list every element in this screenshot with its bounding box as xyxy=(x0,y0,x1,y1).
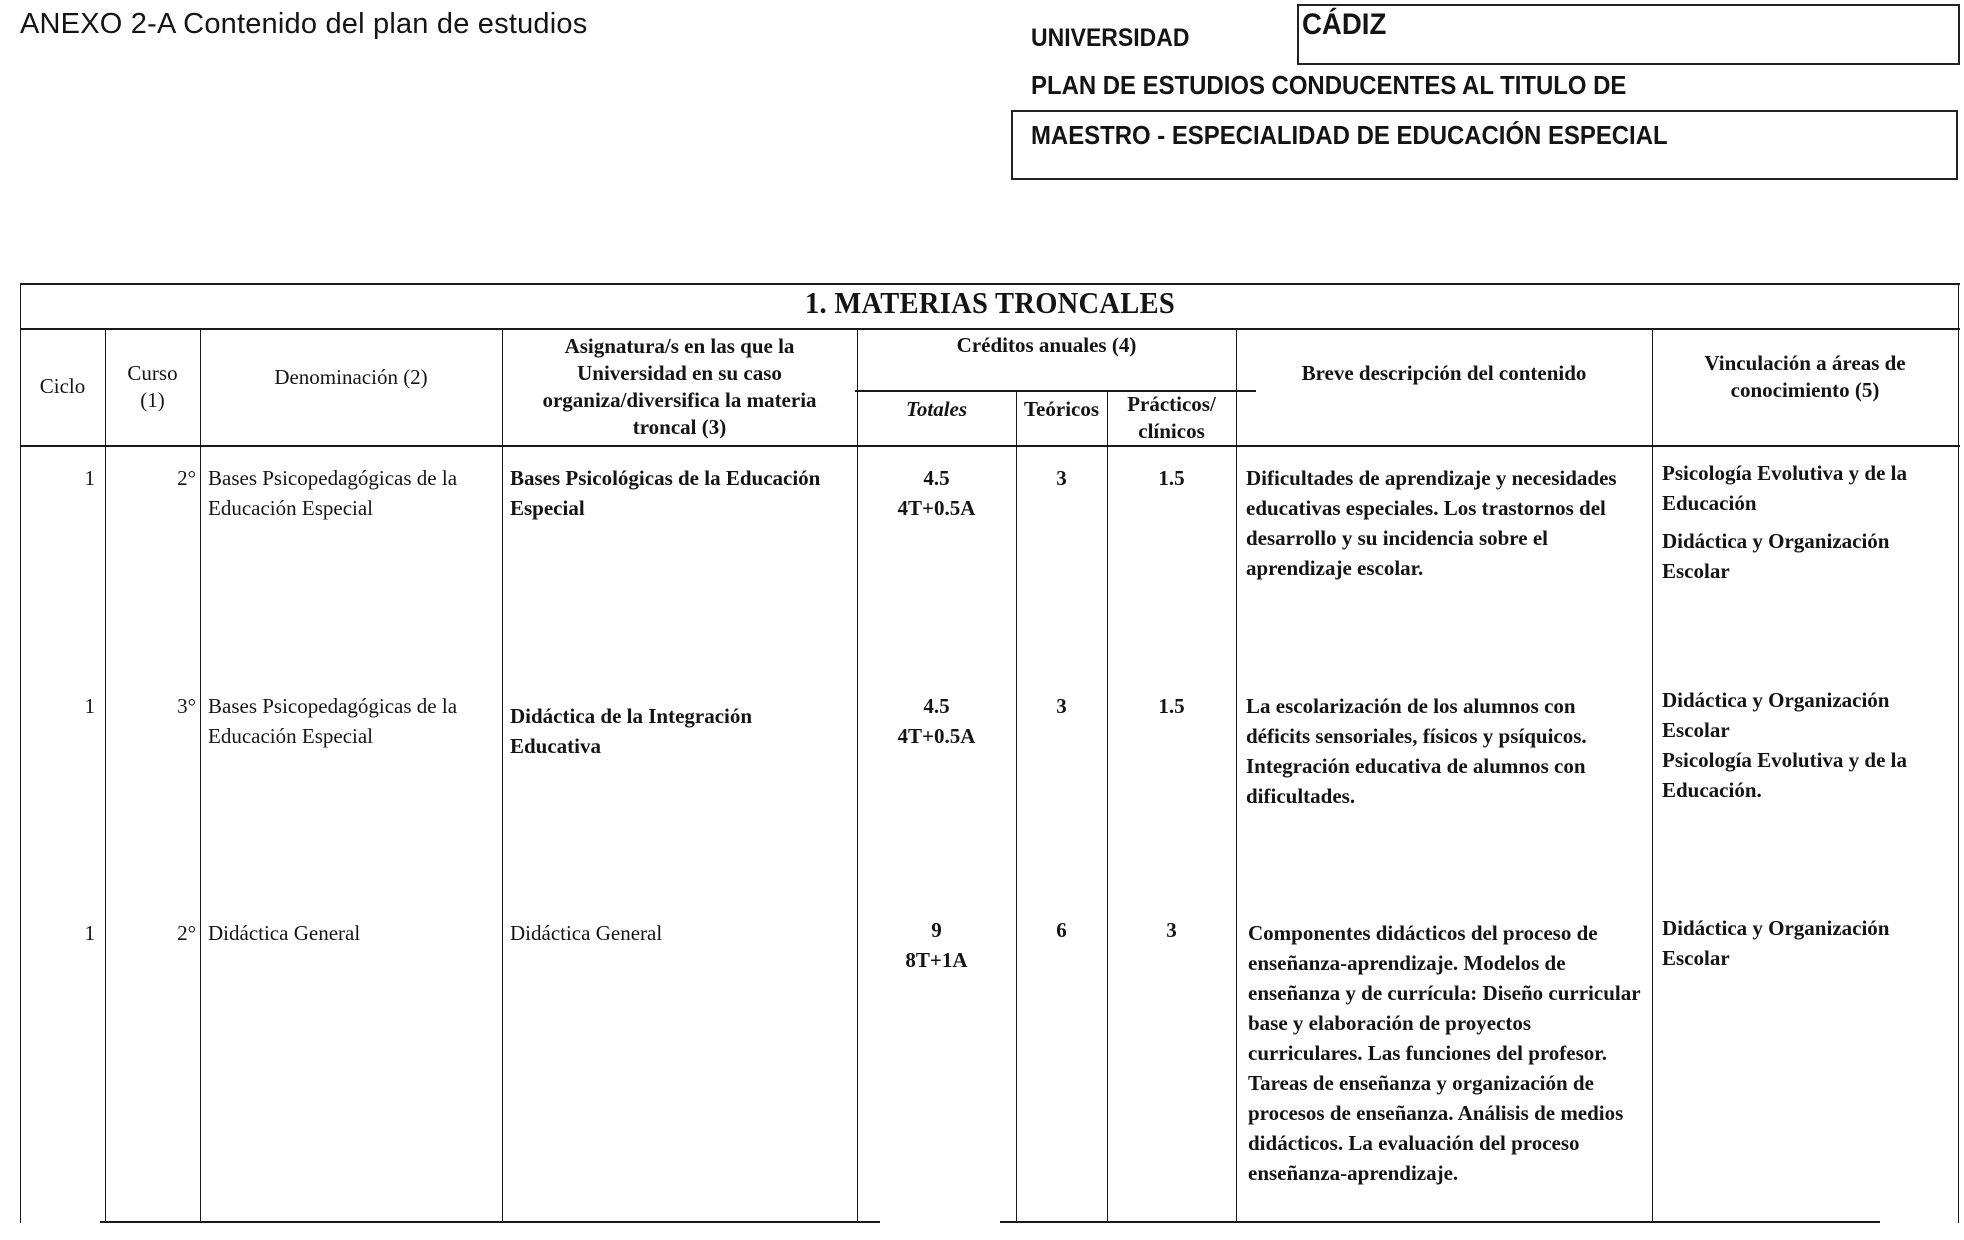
header-creditos: Créditos anuales (4) xyxy=(857,328,1236,368)
header-practicos: Prácticos/ clínicos xyxy=(1107,390,1236,445)
cell-curso: 2° xyxy=(105,918,200,948)
col-divider-totales xyxy=(1016,390,1017,1223)
cell-ciclo: 1 xyxy=(20,463,105,493)
totales-value: 9 xyxy=(857,915,1016,945)
plan-label: PLAN DE ESTUDIOS CONDUCENTES AL TITULO D… xyxy=(1031,70,1626,101)
cell-practicos: 3 xyxy=(1107,915,1236,945)
cell-totales: 4.5 4T+0.5A xyxy=(857,463,1016,523)
totales-detail: 8T+1A xyxy=(857,945,1016,975)
header-teoricos: Teóricos xyxy=(1016,390,1107,445)
area-item: Psicología Evolutiva y de la Educación. xyxy=(1662,745,1948,805)
col-divider-teoricos xyxy=(1107,390,1108,1223)
degree-field: MAESTRO - ESPECIALIDAD DE EDUCACIÓN ESPE… xyxy=(1011,110,1958,180)
cell-teoricos: 3 xyxy=(1016,691,1107,721)
university-label: UNIVERSIDAD xyxy=(1031,24,1189,53)
cell-denominacion: Didáctica General xyxy=(200,918,502,948)
header-vinculacion: Vinculación a áreas de conocimiento (5) xyxy=(1652,328,1958,445)
area-item: Didáctica y Organización Escolar xyxy=(1662,685,1948,745)
cell-descripcion: Componentes didácticos del proceso de en… xyxy=(1236,918,1652,1188)
cell-asignatura: Didáctica General xyxy=(502,918,857,948)
table-border-right xyxy=(1958,283,1959,1223)
cell-teoricos: 3 xyxy=(1016,463,1107,493)
totales-detail: 4T+0.5A xyxy=(857,721,1016,751)
header-asignatura: Asignatura/s en las que la Universidad e… xyxy=(502,328,857,445)
cell-ciclo: 1 xyxy=(20,691,105,721)
cell-ciclo: 1 xyxy=(20,918,105,948)
area-item: Didáctica y Organización Escolar xyxy=(1662,526,1948,586)
cell-descripcion: Dificultades de aprendizaje y necesidade… xyxy=(1236,463,1652,583)
cell-curso: 2° xyxy=(105,463,200,493)
cell-totales: 4.5 4T+0.5A xyxy=(857,691,1016,751)
totales-value: 4.5 xyxy=(857,691,1016,721)
header-bottom-line xyxy=(20,445,1960,447)
cell-denominacion: Bases Psicopedagógicas de la Educación E… xyxy=(200,691,502,751)
cell-asignatura: Didáctica de la Integración Educativa xyxy=(502,701,857,761)
university-value: CÁDIZ xyxy=(1302,8,1386,42)
table-bottom-line-left xyxy=(100,1221,880,1223)
table-bottom-line-right xyxy=(1000,1221,1880,1223)
cell-curso: 3° xyxy=(105,691,200,721)
cell-totales: 9 8T+1A xyxy=(857,915,1016,975)
header-denominacion: Denominación (2) xyxy=(200,328,502,445)
cell-vinculacion: Didáctica y Organización Escolar Psicolo… xyxy=(1652,685,1958,805)
cell-vinculacion: Didáctica y Organización Escolar xyxy=(1652,913,1958,973)
degree-value: MAESTRO - ESPECIALIDAD DE EDUCACIÓN ESPE… xyxy=(1031,120,1668,151)
cell-teoricos: 6 xyxy=(1016,915,1107,945)
section-title: 1. MATERIAS TRONCALES xyxy=(98,285,1883,321)
totales-detail: 4T+0.5A xyxy=(857,493,1016,523)
cell-practicos: 1.5 xyxy=(1107,691,1236,721)
cell-asignatura: Bases Psicológicas de la Educación Espec… xyxy=(502,463,857,523)
area-item: Didáctica y Organización Escolar xyxy=(1662,913,1948,973)
header-descripcion: Breve descripción del contenido xyxy=(1236,328,1652,445)
header-curso: Curso (1) xyxy=(105,328,200,445)
cell-descripcion: La escolarización de los alumnos con déf… xyxy=(1236,691,1652,811)
cell-denominacion: Bases Psicopedagógicas de la Educación E… xyxy=(200,463,502,523)
cell-vinculacion: Psicología Evolutiva y de la Educación D… xyxy=(1652,458,1958,594)
annex-title: ANEXO 2-A Contenido del plan de estudios xyxy=(20,8,587,41)
cell-practicos: 1.5 xyxy=(1107,463,1236,493)
area-item: Psicología Evolutiva y de la Educación xyxy=(1662,458,1948,518)
header-ciclo: Ciclo xyxy=(20,328,105,445)
university-field: CÁDIZ xyxy=(1297,4,1960,65)
materias-troncales-table: 1. MATERIAS TRONCALES Ciclo Curso (1) De… xyxy=(20,283,1960,1223)
header-totales: Totales xyxy=(857,390,1016,445)
totales-value: 4.5 xyxy=(857,463,1016,493)
